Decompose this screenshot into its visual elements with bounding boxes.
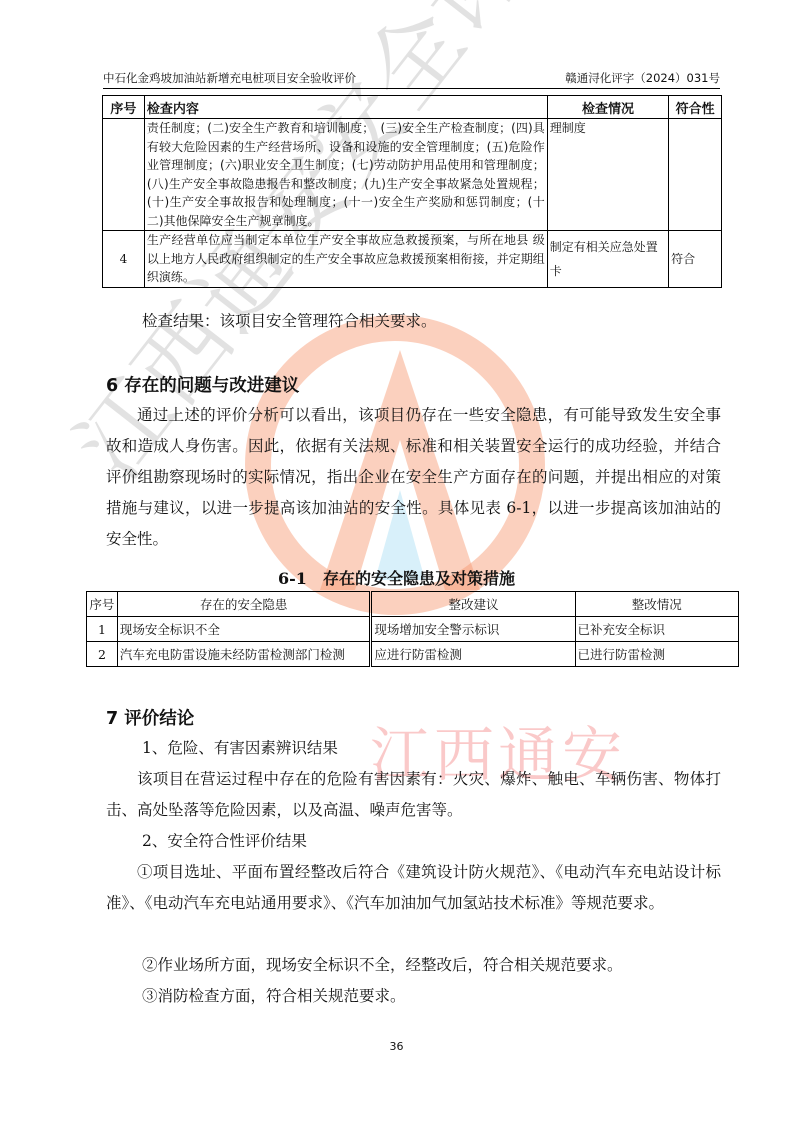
section-6-paragraph: 通过上述的评价分析可以看出，该项目仍存在一些安全隐患，有可能导致发生安全事故和造… — [106, 400, 721, 555]
row-number: 1 — [87, 617, 118, 642]
section-7-heading: 7 评价结论 — [106, 705, 194, 730]
document-title: 中石化金鸡坡加油站新增充电桩项目安全验收评价 — [103, 70, 356, 86]
section-6-heading: 6 存在的问题与改进建议 — [106, 372, 299, 397]
conclusion-item-2: ②作业场所方面，现场安全标识不全，经整改后，符合相关规范要求。 — [142, 950, 623, 981]
table-row: 2 汽车充电防雷设施未经防雷检测部门检测 应进行防雷检测 已进行防雷检测 — [87, 642, 739, 667]
subsection-1-title: 1、危险、有害因素辨识结果 — [142, 733, 338, 764]
column-header: 序号 — [87, 592, 118, 617]
column-header: 整改情况 — [575, 592, 739, 617]
rectification-state: 已补充安全标识 — [575, 617, 739, 642]
table-header-row: 序号 存在的安全隐患 整改建议 整改情况 — [87, 592, 739, 617]
conformity — [669, 119, 722, 231]
document-number: 赣通浔化评字（2024）031号 — [565, 70, 720, 86]
check-status: 制定有相关应急处置卡 — [547, 231, 668, 288]
page-header: 中石化金鸡坡加油站新增充电桩项目安全验收评价 赣通浔化评字（2024）031号 — [103, 66, 720, 89]
table-row: 4 生产经营单位应当制定本单位生产安全事故应急救援预案，与所在地县 级以上地方人… — [103, 231, 722, 288]
check-result: 检查结果：该项目安全管理符合相关要求。 — [142, 306, 437, 337]
column-header: 检查情况 — [547, 96, 668, 119]
conclusion-item-1: ①项目选址、平面布置经整改后符合《建筑设计防火规范》、《电动汽车充电站设计标准》… — [106, 857, 721, 919]
table-caption: 6-1 存在的安全隐患及对策措施 — [0, 566, 793, 589]
column-header: 检查内容 — [144, 96, 547, 119]
table-header-row: 序号 检查内容 检查情况 符合性 — [103, 96, 722, 119]
issues-table: 序号 存在的安全隐患 整改建议 整改情况 1 现场安全标识不全 现场增加安全警示… — [86, 591, 739, 667]
page-number: 36 — [0, 1040, 793, 1053]
table-row: 1 现场安全标识不全 现场增加安全警示标识 已补充安全标识 — [87, 617, 739, 642]
check-status: 理制度 — [547, 119, 668, 231]
column-header: 序号 — [103, 96, 145, 119]
issue: 汽车充电防雷设施未经防雷检测部门检测 — [117, 642, 371, 667]
suggestion: 现场增加安全警示标识 — [371, 617, 575, 642]
row-number — [103, 119, 145, 231]
column-header: 存在的安全隐患 — [117, 592, 371, 617]
conformity: 符合 — [669, 231, 722, 288]
rectification-state: 已进行防雷检测 — [575, 642, 739, 667]
subsection-1-text: 该项目在营运过程中存在的危险有害因素有：火灾、爆炸、触电、车辆伤害、物体打击、高… — [106, 764, 721, 826]
check-content: 生产经营单位应当制定本单位生产安全事故应急救援预案，与所在地县 级以上地方人民政… — [144, 231, 547, 288]
issue: 现场安全标识不全 — [117, 617, 371, 642]
table-row: 责任制度；(二)安全生产教育和培训制度； (三)安全生产检查制度；(四)具有较大… — [103, 119, 722, 231]
column-header: 符合性 — [669, 96, 722, 119]
check-content: 责任制度；(二)安全生产教育和培训制度； (三)安全生产检查制度；(四)具有较大… — [144, 119, 547, 231]
subsection-2-title: 2、安全符合性评价结果 — [142, 826, 307, 857]
column-header: 整改建议 — [371, 592, 575, 617]
conclusion-item-3: ③消防检查方面，符合相关规范要求。 — [142, 981, 406, 1012]
row-number: 2 — [87, 642, 118, 667]
check-table: 序号 检查内容 检查情况 符合性 责任制度；(二)安全生产教育和培训制度； (三… — [102, 95, 722, 288]
row-number: 4 — [103, 231, 145, 288]
suggestion: 应进行防雷检测 — [371, 642, 575, 667]
